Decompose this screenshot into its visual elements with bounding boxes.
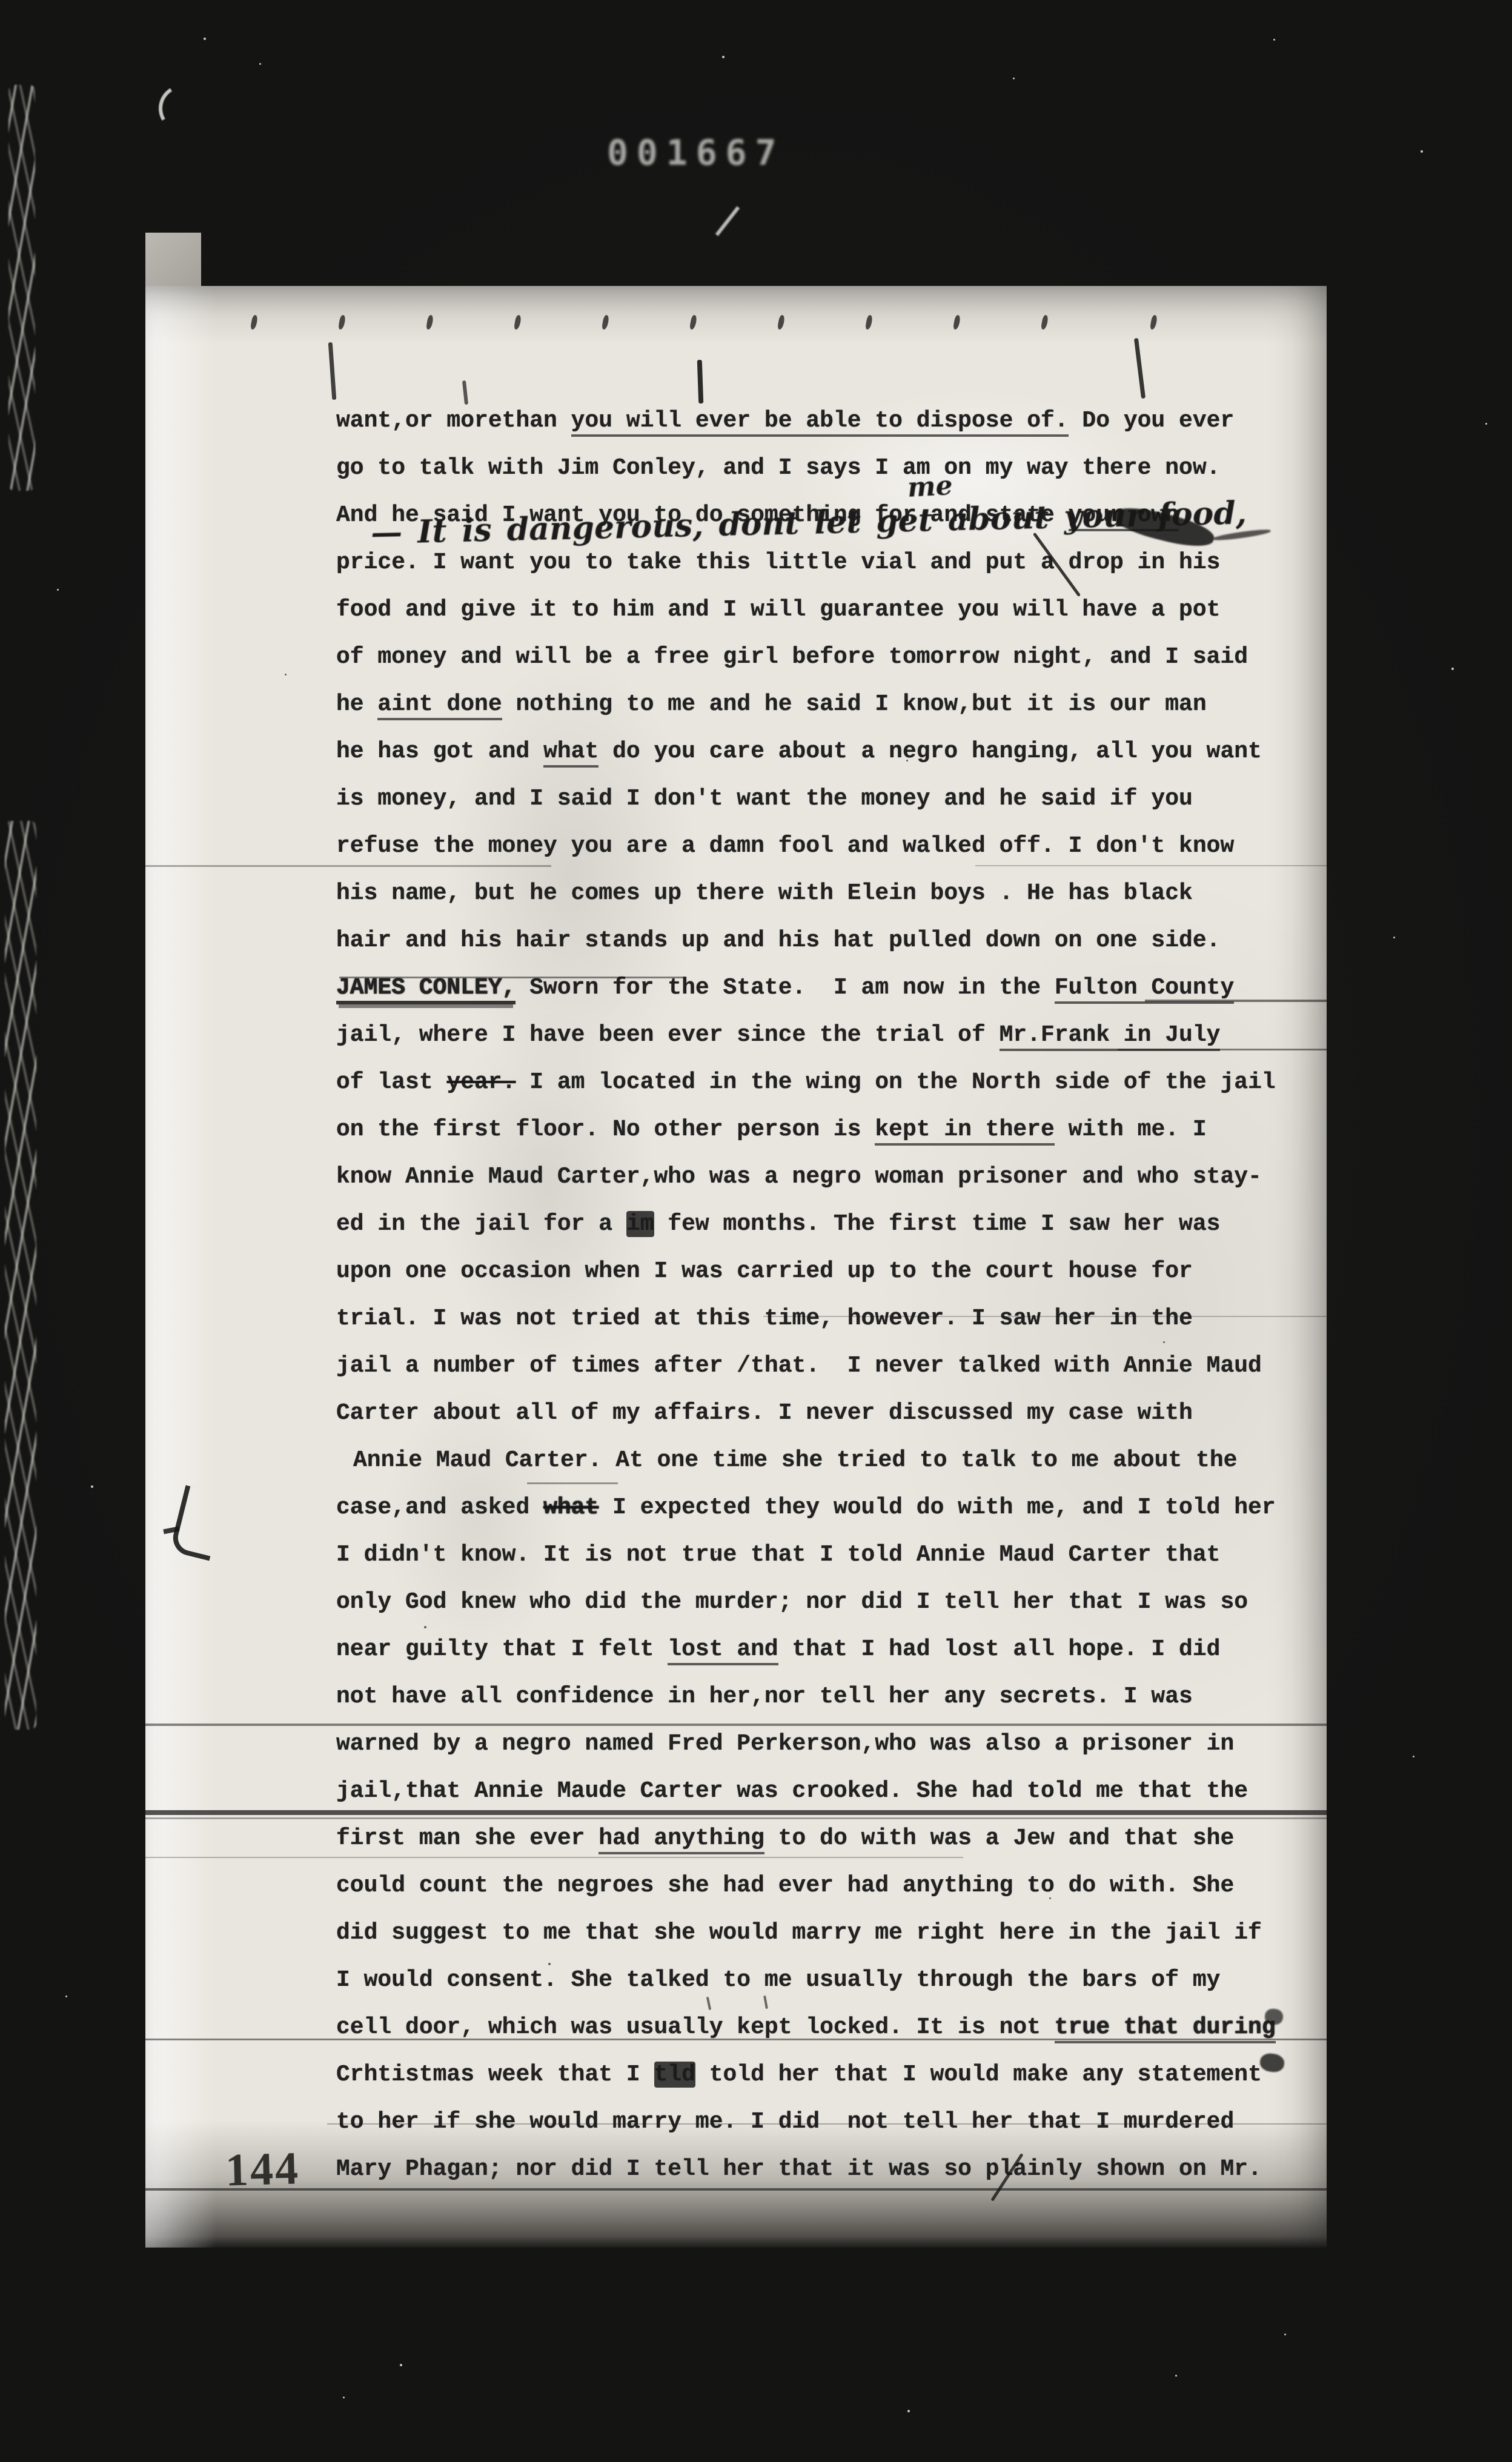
film-speck xyxy=(57,589,59,591)
text-segment: warned by a negro named Fred Perkerson,w… xyxy=(336,1731,1234,1757)
document-line: Carter about all of my affairs. I never … xyxy=(336,1399,1193,1428)
text-segment: upon one occasion when I was carried up … xyxy=(336,1258,1193,1284)
text-segment: to do with was a Jew and that she xyxy=(764,1825,1234,1851)
document-line: hair and his hair stands up and his hat … xyxy=(336,926,1220,955)
scratch-line xyxy=(145,2039,1327,2040)
text-segment: aint done xyxy=(377,691,502,720)
film-speck xyxy=(722,56,724,58)
text-segment: had anything xyxy=(598,1825,764,1854)
text-segment: refuse the money you are a damn fool and… xyxy=(336,833,1234,859)
text-segment: nothing to me and he said I know,but it … xyxy=(502,691,1207,717)
film-edge-markings xyxy=(8,85,35,491)
page-speck xyxy=(548,1963,551,1965)
text-segment: I expected they would do with me, and I … xyxy=(598,1495,1275,1521)
scratch-line xyxy=(1118,1049,1327,1050)
handwritten-insertion: me xyxy=(907,473,953,502)
text-segment: Crhtistmas week that I xyxy=(336,2062,654,2088)
text-segment: jail, where I have been ever since the t… xyxy=(336,1022,1000,1048)
text-segment: to her if she would marry me. I did not … xyxy=(336,2109,1234,2135)
document-line: did suggest to me that she would marry m… xyxy=(336,1919,1262,1948)
scratch-line xyxy=(145,1857,963,1858)
text-segment: did suggest to me that she would marry m… xyxy=(336,1920,1262,1946)
document-line: case,and asked what I expected they woul… xyxy=(336,1493,1276,1522)
text-segment: lost and xyxy=(668,1636,778,1665)
document-line: Crhtistmas week that I tld told her that… xyxy=(336,2060,1262,2089)
document-line: Annie Maud Carter. At one time she tried… xyxy=(353,1446,1237,1475)
text-segment: case,and asked xyxy=(336,1495,543,1521)
text-segment: Mr.Frank in July xyxy=(1000,1022,1221,1051)
text-segment: that I had lost all hope. I did xyxy=(778,1636,1221,1662)
text-segment: price. I want you to take this little vi… xyxy=(336,549,1220,576)
page-edge-notch xyxy=(145,233,201,288)
text-segment: cell door, which was usually kept locked… xyxy=(336,2014,1055,2040)
document-line: I didn't know. It is not true that I tol… xyxy=(336,1541,1220,1570)
film-speck xyxy=(907,2410,910,2412)
document-line: jail,that Annie Maude Carter was crooked… xyxy=(336,1777,1248,1806)
film-speck xyxy=(91,1485,93,1488)
text-segment: he xyxy=(336,691,377,717)
document-line: on the first floor. No other person is k… xyxy=(336,1115,1207,1144)
film-speck xyxy=(343,2397,345,2398)
text-segment: hair and his hair stands up and his hat … xyxy=(336,927,1220,954)
page-speck xyxy=(285,674,287,675)
scratch-line xyxy=(975,865,1327,866)
text-segment: know Annie Maud Carter,who was a negro w… xyxy=(336,1164,1262,1190)
text-segment: what xyxy=(543,738,598,768)
text-segment: kept in there xyxy=(875,1117,1054,1146)
text-segment: year. xyxy=(446,1069,516,1095)
page-speck xyxy=(715,1551,717,1553)
microfilm-frame-number: 001667 xyxy=(607,132,785,173)
scratch-line xyxy=(1145,1000,1327,1002)
document-line: he aint done nothing to me and he said I… xyxy=(336,690,1207,719)
document-line: he has got and what do you care about a … xyxy=(336,737,1262,766)
text-segment: Mary Phagan; nor did I tell her that it … xyxy=(336,2156,1262,2182)
page-speck xyxy=(906,760,908,761)
text-segment: told her that I would make any statement xyxy=(695,2062,1262,2088)
text-segment: trial. I was not tried at this time, how… xyxy=(336,1306,1193,1332)
text-segment: jail,that Annie Maude Carter was crooked… xyxy=(336,1778,1248,1804)
scratch-line xyxy=(145,1810,1327,1815)
scratch-line xyxy=(145,2188,1327,2191)
document-line: near guilty that I felt lost and that I … xyxy=(336,1635,1220,1664)
document-line: only God knew who did the murder; nor di… xyxy=(336,1588,1248,1617)
document-line: is money, and I said I don't want the mo… xyxy=(336,785,1193,814)
text-segment: you will ever be able to dispose of. xyxy=(571,408,1069,437)
film-speck xyxy=(1273,39,1275,41)
microfilm-frame: 001667 want,or morethan you will ever be… xyxy=(0,0,1512,2462)
film-scratch-slash xyxy=(715,206,740,236)
text-segment: I would consent. She talked to me usuall… xyxy=(336,1967,1220,1993)
document-line: of last year. I am located in the wing o… xyxy=(336,1068,1276,1097)
film-scratch-arc xyxy=(154,80,211,138)
text-segment: go to talk with Jim Conley, and I says I… xyxy=(336,455,1220,481)
text-segment: his name, but he comes up there with Ele… xyxy=(336,880,1193,906)
document-line: warned by a negro named Fred Perkerson,w… xyxy=(336,1730,1234,1759)
scratch-line xyxy=(763,1316,1327,1317)
document-line: his name, but he comes up there with Ele… xyxy=(336,879,1193,908)
film-speck xyxy=(204,38,206,40)
text-segment: with me. I xyxy=(1055,1117,1207,1143)
film-speck xyxy=(1013,78,1015,79)
document-line: ed in the jail for a im few months. The … xyxy=(336,1210,1220,1239)
film-speck xyxy=(1451,668,1454,670)
text-segment: first man she ever xyxy=(336,1825,598,1851)
text-segment: im xyxy=(626,1211,654,1237)
document-line: price. I want you to take this little vi… xyxy=(336,548,1220,577)
film-speck xyxy=(400,2364,402,2366)
document-line: first man she ever had anything to do wi… xyxy=(336,1824,1234,1853)
text-segment: could count the negroes she had ever had… xyxy=(336,1873,1234,1899)
document-line: go to talk with Jim Conley, and I says I… xyxy=(336,454,1220,483)
document-line: Mary Phagan; nor did I tell her that it … xyxy=(336,2155,1262,2184)
text-segment: he has got and xyxy=(336,738,543,765)
film-speck xyxy=(1284,2334,1286,2335)
film-speck xyxy=(1413,1756,1414,1757)
text-segment: I didn't know. It is not true that I tol… xyxy=(336,1542,1220,1568)
document-line: food and give it to him and I will guara… xyxy=(336,596,1220,625)
text-segment: JAMES CONLEY, xyxy=(336,975,516,1004)
text-segment: is money, and I said I don't want the mo… xyxy=(336,786,1193,812)
text-segment: I am located in the wing on the North si… xyxy=(516,1069,1275,1095)
text-segment: do you care about a negro hanging, all y… xyxy=(598,738,1262,765)
film-speck xyxy=(1175,2375,1177,2377)
text-segment: not have all confidence in her,nor tell … xyxy=(336,1684,1193,1710)
text-segment: Sworn for the State. I am now in the xyxy=(516,975,1054,1001)
document-line: refuse the money you are a damn fool and… xyxy=(336,832,1234,861)
document-line: to her if she would marry me. I did not … xyxy=(336,2108,1234,2137)
text-segment: of money and will be a free girl before … xyxy=(336,644,1248,670)
document-line: upon one occasion when I was carried up … xyxy=(336,1257,1193,1286)
text-segment: tld xyxy=(654,2062,695,2088)
page-speck xyxy=(424,1626,426,1628)
document-line: I would consent. She talked to me usuall… xyxy=(336,1966,1220,1995)
film-speck xyxy=(259,63,261,65)
scratch-line xyxy=(145,1724,1327,1726)
text-segment: few months. The first time I saw her was xyxy=(654,1211,1221,1237)
document-line: want,or morethan you will ever be able t… xyxy=(336,406,1234,436)
text-segment: near guilty that I felt xyxy=(336,1636,668,1662)
text-segment: of last xyxy=(336,1069,446,1095)
film-edge-markings xyxy=(5,821,36,1730)
text-segment: Do you ever xyxy=(1069,408,1235,434)
scratch-line xyxy=(327,2123,1327,2125)
text-segment: what xyxy=(543,1495,598,1521)
film-speck xyxy=(1485,423,1487,425)
document-line: jail a number of times after /that. I ne… xyxy=(336,1352,1262,1381)
document-line: not have all confidence in her,nor tell … xyxy=(336,1682,1193,1711)
document-line: know Annie Maud Carter,who was a negro w… xyxy=(336,1163,1262,1192)
document-line: could count the negroes she had ever had… xyxy=(336,1871,1234,1900)
scratch-line xyxy=(527,1482,618,1484)
scratch-line xyxy=(339,977,685,978)
page-speck xyxy=(1049,1897,1051,1899)
text-segment: Annie Maud Carter. At one time she tried… xyxy=(353,1447,1237,1473)
document-line: trial. I was not tried at this time, how… xyxy=(336,1304,1193,1333)
film-speck xyxy=(1421,150,1423,153)
page-speck xyxy=(1163,1341,1165,1343)
text-segment: food and give it to him and I will guara… xyxy=(336,597,1220,623)
text-segment: only God knew who did the murder; nor di… xyxy=(336,1589,1248,1615)
text-segment: Carter about all of my affairs. I never … xyxy=(336,1400,1193,1426)
document-line: jail, where I have been ever since the t… xyxy=(336,1021,1220,1050)
document-line: of money and will be a free girl before … xyxy=(336,643,1248,672)
document-line: cell door, which was usually kept locked… xyxy=(336,2013,1276,2042)
scratch-line xyxy=(145,1817,1327,1819)
film-speck xyxy=(1393,937,1395,938)
text-segment: jail a number of times after /that. I ne… xyxy=(336,1353,1262,1379)
text-segment: on the first floor. No other person is xyxy=(336,1117,875,1143)
film-speck xyxy=(65,1996,67,1997)
text-segment: want,or morethan xyxy=(336,408,571,434)
scratch-line xyxy=(145,865,551,867)
text-segment: ed in the jail for a xyxy=(336,1211,626,1237)
